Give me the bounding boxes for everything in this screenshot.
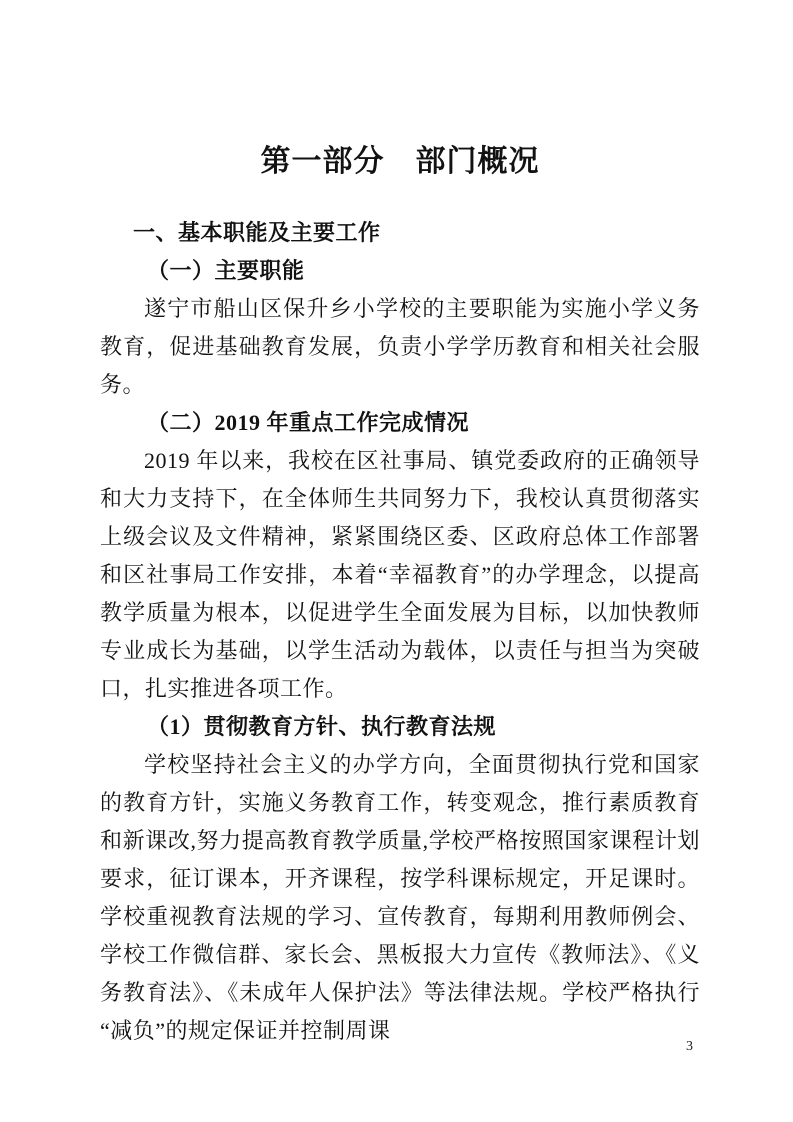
subsection-heading-main-functions: （一）主要职能 [100,252,700,290]
subsection-heading-2019-key-work: （二）2019 年重点工作完成情况 [100,404,700,442]
subsection-heading-education-policy: （1）贯彻教育方针、执行教育法规 [100,708,700,746]
paragraph-main-functions: 遂宁市船山区保升乡小学校的主要职能为实施小学义务教育，促进基础教育发展，负责小学… [100,290,700,404]
page-number: 3 [686,1038,693,1056]
paragraph-education-policy: 学校坚持社会主义的办学方向，全面贯彻执行党和国家的教育方针，实施义务教育工作，转… [100,746,700,1050]
page-title: 第一部分 部门概况 [100,140,700,184]
section-heading-basic-functions: 一、基本职能及主要工作 [100,214,700,252]
document-page: 第一部分 部门概况 一、基本职能及主要工作 （一）主要职能 遂宁市船山区保升乡小… [0,0,793,1122]
paragraph-2019-overview: 2019 年以来，我校在区社事局、镇党委政府的正确领导和大力支持下，在全体师生共… [100,442,700,708]
